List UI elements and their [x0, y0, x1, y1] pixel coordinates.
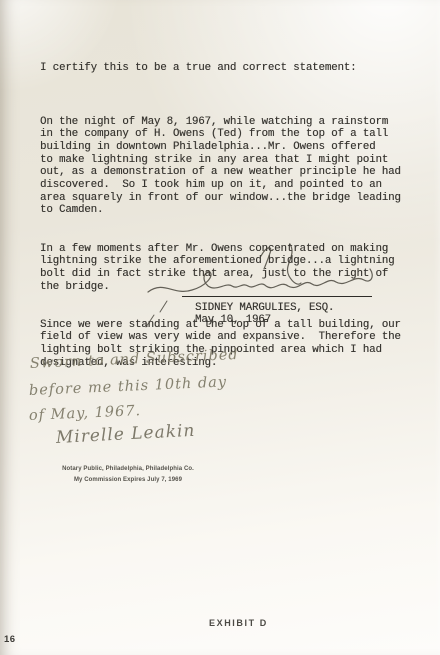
page-number: 16 — [4, 634, 16, 645]
notary-title-line: Notary Public, Philadelphia, Philadelphi… — [48, 464, 208, 475]
signature-rule-line — [182, 296, 372, 297]
notary-commission-line: My Commission Expires July 7, 1969 — [48, 475, 208, 486]
notary-handwritten-signature: Mirelle Leakin — [55, 421, 195, 448]
notary-handwritten-line-3: of May, 1967. — [29, 403, 142, 424]
scanned-document-page: I certify this to be a true and correct … — [0, 0, 440, 655]
exhibit-label: EXHIBIT D — [209, 618, 268, 628]
notary-stamp-block: Notary Public, Philadelphia, Philadelphi… — [48, 464, 208, 486]
statement-paragraph-1: On the night of May 8, 1967, while watch… — [40, 116, 422, 218]
signatory-typed-name: SIDNEY MARGULIES, ESQ. — [195, 302, 334, 314]
certification-line: I certify this to be a true and correct … — [40, 62, 422, 75]
typed-statement-block: I certify this to be a true and correct … — [40, 37, 422, 395]
signature-date: May 10, 1967 — [195, 314, 271, 326]
